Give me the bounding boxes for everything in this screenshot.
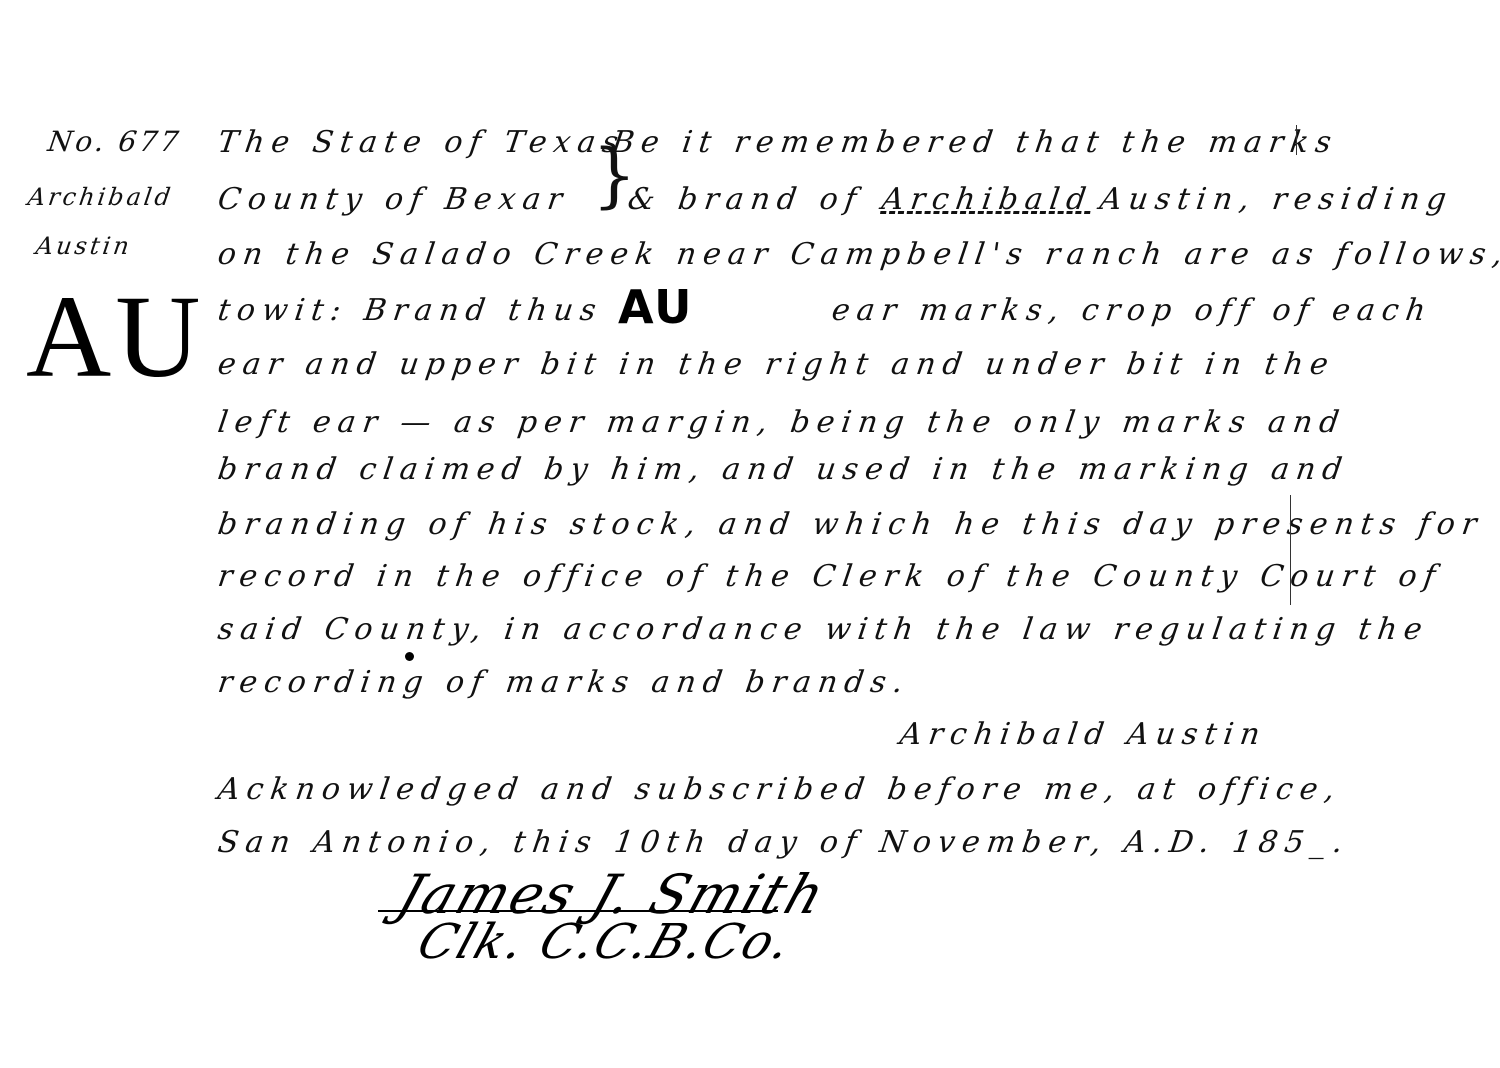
clerk-title: Clk. C.C.B.Co. bbox=[412, 918, 798, 966]
county-line: County of Bexar bbox=[216, 185, 571, 215]
acknowledgement-line-1: Acknowledged and subscribed before me, a… bbox=[216, 775, 1343, 805]
margin-owner-last-name: Austin bbox=[34, 234, 133, 258]
record-number: No. 677 bbox=[46, 128, 183, 156]
margin-owner-first-name: Archibald bbox=[26, 185, 174, 209]
body-line-2a: & brand of bbox=[626, 185, 865, 215]
ink-blot bbox=[405, 652, 414, 661]
body-line-11: recording of marks and brands. bbox=[216, 668, 912, 698]
body-line-7: brand claimed by him, and used in the ma… bbox=[216, 455, 1351, 485]
owner-name-underlined: Archibald bbox=[880, 185, 1095, 215]
body-line-3: on the Salado Creek near Campbell's ranc… bbox=[216, 240, 1500, 270]
state-line: The State of Texas bbox=[216, 128, 627, 158]
margin-rule-mark bbox=[1290, 495, 1291, 605]
body-line-2c: Austin, residing bbox=[1098, 185, 1455, 215]
body-line-4b: ear marks, crop off of each bbox=[830, 296, 1434, 326]
body-line-6: left ear — as per margin, being the only… bbox=[216, 408, 1348, 438]
body-line-1: Be it remembered that the marks bbox=[610, 128, 1340, 158]
inline-brand-glyph: AU bbox=[618, 284, 694, 330]
body-line-10: said County, in accordance with the law … bbox=[216, 615, 1431, 645]
body-line-4a: towit: Brand thus bbox=[216, 296, 605, 326]
margin-brand-glyph: AU bbox=[26, 278, 204, 396]
body-line-8: branding of his stock, and which he this… bbox=[216, 510, 1485, 540]
body-line-9: record in the office of the Clerk of the… bbox=[216, 562, 1444, 592]
signature-underline bbox=[378, 910, 778, 912]
owner-signature: Archibald Austin bbox=[898, 720, 1269, 750]
acknowledgement-line-2: San Antonio, this 10th day of November, … bbox=[216, 828, 1352, 858]
document-page: No. 677 Archibald Austin AU The State of… bbox=[0, 0, 1500, 1068]
body-line-5: ear and upper bit in the right and under… bbox=[216, 350, 1337, 380]
margin-rule-mark-top bbox=[1296, 125, 1297, 155]
